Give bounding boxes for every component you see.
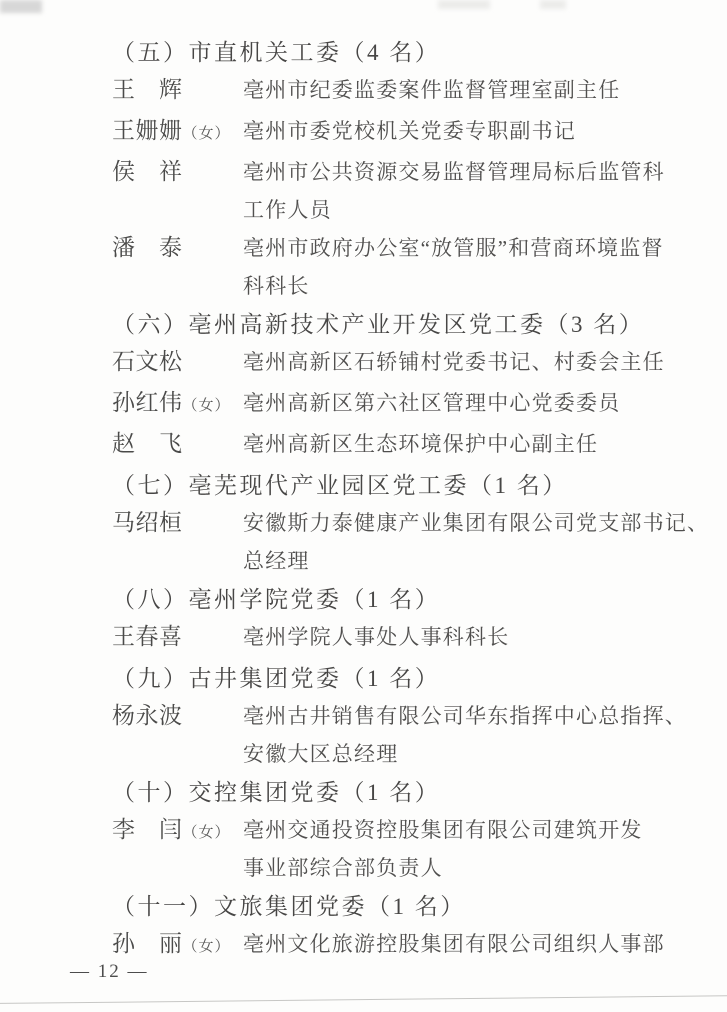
- position-line: 亳州文化旅游控股集团有限公司组织人事部: [243, 925, 664, 963]
- position-line: 总经理: [243, 542, 664, 580]
- member-name-text: 王姗姗: [112, 118, 183, 143]
- member-name: 王 辉: [112, 71, 243, 112]
- section-8: （八）亳州学院党委（1 名） 王春喜 亳州学院人事处人事科科长: [112, 580, 664, 659]
- member-position: 亳州高新区第六社区管理中心党委委员: [243, 384, 664, 422]
- position-line: 亳州市委党校机关党委专职副书记: [243, 112, 664, 150]
- member-gender-label: （女）: [183, 398, 231, 414]
- member-name: 李 闫（女）: [112, 811, 243, 852]
- position-line: 亳州高新区石轿铺村党委书记、村委会主任: [243, 343, 664, 381]
- member-name: 孙红伟（女）: [112, 384, 243, 425]
- section-heading: （五）市直机关工委（4 名）: [112, 33, 664, 71]
- member-row: 潘 泰 亳州市政府办公室“放管服”和营商环境监督 科科长: [112, 229, 664, 305]
- position-line: 科科长: [243, 267, 664, 305]
- member-position: 安徽斯力泰健康产业集团有限公司党支部书记、 总经理: [243, 504, 664, 580]
- position-line: 工作人员: [243, 191, 664, 229]
- member-name: 石文松: [112, 343, 243, 384]
- member-position: 亳州交通投资控股集团有限公司建筑开发 事业部综合部负责人: [243, 811, 664, 887]
- member-row: 马绍桓 安徽斯力泰健康产业集团有限公司党支部书记、 总经理: [112, 504, 664, 580]
- section-7: （七）亳芜现代产业园区党工委（1 名） 马绍桓 安徽斯力泰健康产业集团有限公司党…: [112, 466, 664, 580]
- member-row: 李 闫（女） 亳州交通投资控股集团有限公司建筑开发 事业部综合部负责人: [112, 811, 664, 887]
- member-row: 侯 祥 亳州市公共资源交易监督管理局标后监管科 工作人员: [112, 153, 664, 229]
- member-position: 亳州文化旅游控股集团有限公司组织人事部: [243, 925, 664, 963]
- section-heading: （九）古井集团党委（1 名）: [112, 659, 664, 697]
- member-position: 亳州古井销售有限公司华东指挥中心总指挥、 安徽大区总经理: [243, 697, 664, 773]
- member-position: 亳州高新区石轿铺村党委书记、村委会主任: [243, 343, 664, 381]
- member-row: 杨永波 亳州古井销售有限公司华东指挥中心总指挥、 安徽大区总经理: [112, 697, 664, 773]
- member-name: 潘 泰: [112, 229, 243, 270]
- member-name-text: 李 闫: [112, 817, 183, 842]
- member-row: 孙红伟（女） 亳州高新区第六社区管理中心党委委员: [112, 384, 664, 425]
- member-name: 马绍桓: [112, 504, 243, 545]
- member-name: 孙 丽（女）: [112, 925, 243, 966]
- position-line: 亳州交通投资控股集团有限公司建筑开发: [243, 811, 664, 849]
- section-6: （六）亳州高新技术产业开发区党工委（3 名） 石文松 亳州高新区石轿铺村党委书记…: [112, 305, 664, 466]
- section-heading: （十）交控集团党委（1 名）: [112, 773, 664, 811]
- member-name-text: 孙红伟: [112, 390, 183, 415]
- member-position: 亳州市公共资源交易监督管理局标后监管科 工作人员: [243, 153, 664, 229]
- member-position: 亳州市委党校机关党委专职副书记: [243, 112, 664, 150]
- position-line: 事业部综合部负责人: [243, 849, 664, 887]
- member-name: 侯 祥: [112, 153, 243, 194]
- scan-artifact-corner: [0, 0, 42, 13]
- section-heading: （十一）文旅集团党委（1 名）: [112, 887, 664, 925]
- member-name-text: 赵 飞: [112, 431, 183, 456]
- member-name-text: 潘 泰: [112, 235, 183, 260]
- member-name-text: 石文松: [112, 349, 183, 374]
- page-number: — 12 —: [70, 961, 149, 983]
- section-9: （九）古井集团党委（1 名） 杨永波 亳州古井销售有限公司华东指挥中心总指挥、 …: [112, 659, 664, 773]
- member-position: 亳州市纪委监委案件监督管理室副主任: [243, 71, 664, 109]
- document-body: （五）市直机关工委（4 名） 王 辉 亳州市纪委监委案件监督管理室副主任 王姗姗…: [112, 33, 664, 966]
- scan-artifact-smudge: [438, 0, 490, 9]
- member-name-text: 杨永波: [112, 703, 183, 728]
- position-line: 安徽大区总经理: [243, 735, 664, 773]
- section-heading: （六）亳州高新技术产业开发区党工委（3 名）: [112, 305, 664, 343]
- section-5: （五）市直机关工委（4 名） 王 辉 亳州市纪委监委案件监督管理室副主任 王姗姗…: [112, 33, 664, 305]
- member-name-text: 王 辉: [112, 77, 183, 102]
- member-name-text: 侯 祥: [112, 159, 183, 184]
- member-name: 杨永波: [112, 697, 243, 738]
- member-name-text: 马绍桓: [112, 510, 183, 535]
- member-position: 亳州学院人事处人事科科长: [243, 618, 664, 656]
- position-line: 亳州市公共资源交易监督管理局标后监管科: [243, 153, 664, 191]
- document-page: （五）市直机关工委（4 名） 王 辉 亳州市纪委监委案件监督管理室副主任 王姗姗…: [0, 0, 727, 1012]
- member-row: 王春喜 亳州学院人事处人事科科长: [112, 618, 664, 659]
- position-line: 亳州市纪委监委案件监督管理室副主任: [243, 71, 664, 109]
- position-line: 亳州高新区第六社区管理中心党委委员: [243, 384, 664, 422]
- position-line: 亳州高新区生态环境保护中心副主任: [243, 425, 664, 463]
- member-gender-label: （女）: [183, 126, 231, 142]
- member-name-text: 王春喜: [112, 624, 183, 649]
- position-line: 亳州市政府办公室“放管服”和营商环境监督: [243, 229, 664, 267]
- member-row: 王 辉 亳州市纪委监委案件监督管理室副主任: [112, 71, 664, 112]
- section-heading: （七）亳芜现代产业园区党工委（1 名）: [112, 466, 664, 504]
- scan-artifact-smudge: [540, 0, 566, 9]
- section-heading: （八）亳州学院党委（1 名）: [112, 580, 664, 618]
- member-name: 王姗姗（女）: [112, 112, 243, 153]
- member-row: 石文松 亳州高新区石轿铺村党委书记、村委会主任: [112, 343, 664, 384]
- member-position: 亳州高新区生态环境保护中心副主任: [243, 425, 664, 463]
- member-row: 孙 丽（女） 亳州文化旅游控股集团有限公司组织人事部: [112, 925, 664, 966]
- section-11: （十一）文旅集团党委（1 名） 孙 丽（女） 亳州文化旅游控股集团有限公司组织人…: [112, 887, 664, 966]
- member-name: 王春喜: [112, 618, 243, 659]
- member-row: 王姗姗（女） 亳州市委党校机关党委专职副书记: [112, 112, 664, 153]
- member-gender-label: （女）: [183, 939, 231, 955]
- position-line: 亳州古井销售有限公司华东指挥中心总指挥、: [243, 697, 664, 735]
- member-row: 赵 飞 亳州高新区生态环境保护中心副主任: [112, 425, 664, 466]
- member-name-text: 孙 丽: [112, 931, 183, 956]
- member-gender-label: （女）: [183, 825, 231, 841]
- scan-artifact-edge-line: [0, 995, 727, 1004]
- member-position: 亳州市政府办公室“放管服”和营商环境监督 科科长: [243, 229, 664, 305]
- position-line: 安徽斯力泰健康产业集团有限公司党支部书记、: [243, 504, 664, 542]
- position-line: 亳州学院人事处人事科科长: [243, 618, 664, 656]
- member-name: 赵 飞: [112, 425, 243, 466]
- section-10: （十）交控集团党委（1 名） 李 闫（女） 亳州交通投资控股集团有限公司建筑开发…: [112, 773, 664, 887]
